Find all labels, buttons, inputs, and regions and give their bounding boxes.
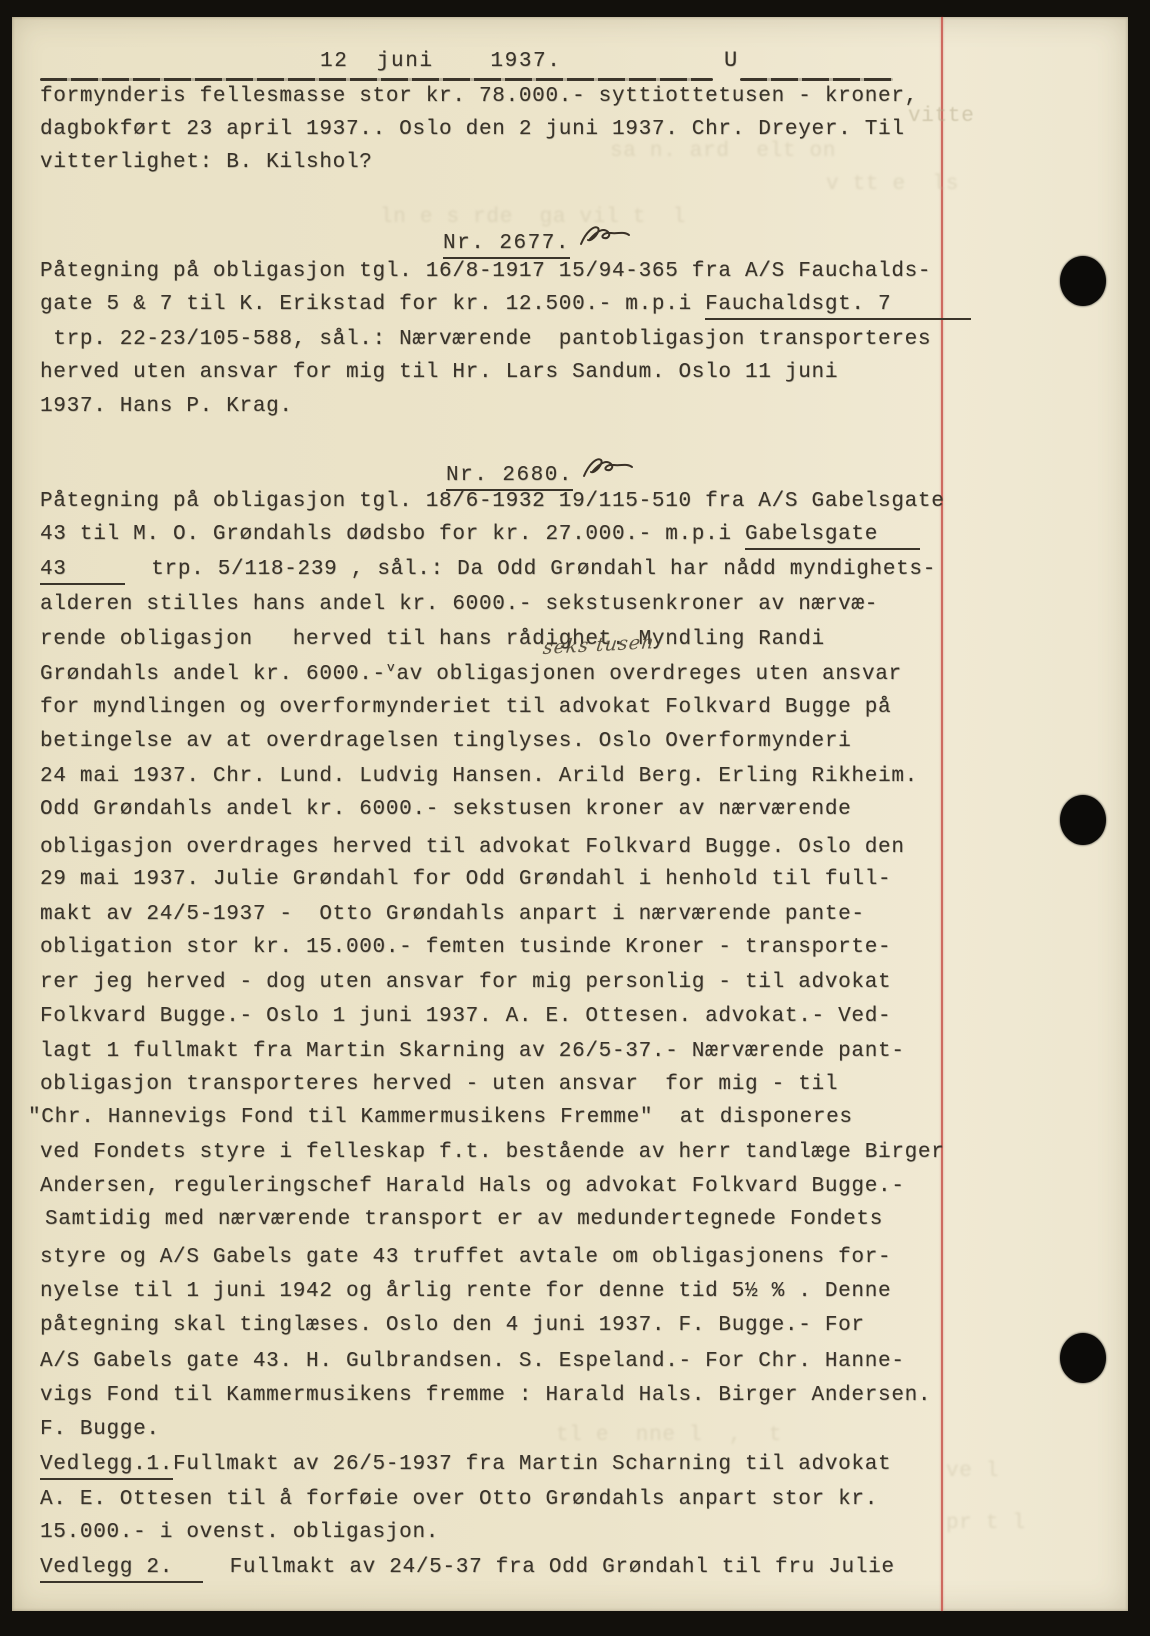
text-line: Nr. 2680. bbox=[446, 454, 635, 493]
header-date: 12 juni 1937. bbox=[320, 50, 561, 73]
text-line: vigs Fond til Kammermusikens fremme : Ha… bbox=[40, 1383, 931, 1409]
text-line: for myndlingen og overformynderiet til a… bbox=[40, 695, 891, 721]
text-line: betingelse av at overdragelsen tinglyses… bbox=[40, 729, 851, 755]
text-line: dagbokført 23 april 1937.. Oslo den 2 ju… bbox=[40, 117, 905, 143]
text-line: "Chr. Hannevigs Fond til Kammermusikens … bbox=[28, 1105, 853, 1131]
ghost-text: v tt e ls bbox=[826, 173, 959, 196]
header-underline bbox=[740, 78, 893, 81]
header-underline bbox=[40, 78, 713, 81]
text-line: Påtegning på obligasjon tgl. 16/8-1917 1… bbox=[40, 259, 931, 285]
text-line: nyelse til 1 juni 1942 og årlig rente fo… bbox=[40, 1279, 891, 1305]
text-line: Folkvard Bugge.- Oslo 1 juni 1937. A. E.… bbox=[40, 1004, 891, 1030]
text-line: Vedlegg 2. Fullmakt av 24/5-37 fra Odd G… bbox=[40, 1555, 895, 1581]
hole-punch bbox=[1060, 795, 1106, 845]
text-line: 43 til M. O. Grøndahls dødsbo for kr. 27… bbox=[40, 522, 920, 548]
text-line: Andersen, reguleringschef Harald Hals og… bbox=[40, 1174, 905, 1200]
text-line: obligasjon overdrages herved til advokat… bbox=[40, 835, 905, 861]
text-line: trp. 22-23/105-588, sål.: Nærværende pan… bbox=[40, 327, 931, 353]
text-line: gate 5 & 7 til K. Erikstad for kr. 12.50… bbox=[40, 292, 971, 318]
text-line: Samtidig med nærværende transport er av … bbox=[45, 1207, 883, 1233]
text-line: A. E. Ottesen til å forføie over Otto Gr… bbox=[40, 1487, 878, 1513]
text-line: Vedlegg.1.Fullmakt av 26/5-1937 fra Mart… bbox=[40, 1452, 891, 1478]
text-line: Odd Grøndahls andel kr. 6000.- sekstusen… bbox=[40, 797, 851, 823]
text-line: 1937. Hans P. Krag. bbox=[40, 394, 293, 420]
text-line: Grøndahls andel kr. 6000.-vav obligasjon… bbox=[40, 662, 902, 689]
text-line: 15.000.- i ovenst. obligasjon. bbox=[40, 1520, 439, 1546]
text-line: 24 mai 1937. Chr. Lund. Ludvig Hansen. A… bbox=[40, 764, 918, 790]
text-line: styre og A/S Gabels gate 43 truffet avta… bbox=[40, 1245, 891, 1271]
insertion-caret: v bbox=[387, 655, 396, 681]
text-line: rende obligasjon herved til hans rådighe… bbox=[40, 627, 825, 653]
text-line: Påtegning på obligasjon tgl. 18/6-1932 1… bbox=[40, 489, 945, 515]
ghost-text: vitte bbox=[908, 105, 975, 128]
text-line: Nr. 2677. bbox=[443, 222, 632, 261]
handwritten-flourish bbox=[578, 222, 632, 261]
scanned-register-page: 12 juni 1937. U vittesa n. ard elt onv t… bbox=[0, 0, 1150, 1636]
text-line: herved uten ansvar for mig til Hr. Lars … bbox=[40, 360, 838, 386]
text-line: 43 trp. 5/118-239 , sål.: Da Odd Grøndah… bbox=[40, 557, 936, 583]
text-line: F. Bugge. bbox=[40, 1417, 160, 1443]
text-line: ved Fondets styre i felleskap f.t. bestå… bbox=[40, 1140, 945, 1166]
text-line: obligation stor kr. 15.000.- femten tusi… bbox=[40, 935, 891, 961]
ghost-text: ve l bbox=[946, 1460, 999, 1483]
text-line: påtegning skal tinglæses. Oslo den 4 jun… bbox=[40, 1313, 865, 1339]
hole-punch bbox=[1060, 256, 1106, 306]
ghost-text: sa n. ard elt on bbox=[610, 140, 836, 163]
text-line: formynderis fellesmasse stor kr. 78.000.… bbox=[40, 84, 918, 110]
text-line: obligasjon transporteres herved - uten a… bbox=[40, 1072, 838, 1098]
hole-punch bbox=[1060, 1333, 1106, 1383]
text-line: A/S Gabels gate 43. H. Gulbrandsen. S. E… bbox=[40, 1349, 905, 1375]
text-line: vitterlighet: B. Kilshol? bbox=[40, 150, 373, 176]
red-margin-line bbox=[941, 17, 943, 1611]
ghost-text: pr t l bbox=[946, 1512, 1026, 1535]
text-line: rer jeg herved - dog uten ansvar for mig… bbox=[40, 970, 891, 996]
text-line: 29 mai 1937. Julie Grøndahl for Odd Grøn… bbox=[40, 867, 891, 893]
text-line: makt av 24/5-1937 - Otto Grøndahls anpar… bbox=[40, 902, 865, 928]
ghost-text: tl e nne l , t bbox=[556, 1424, 782, 1447]
header-margin-letter: U bbox=[724, 48, 738, 73]
text-line: alderen stilles hans andel kr. 6000.- se… bbox=[40, 592, 878, 618]
handwritten-flourish bbox=[581, 454, 635, 493]
text-line: lagt 1 fullmakt fra Martin Skarning av 2… bbox=[40, 1039, 905, 1065]
